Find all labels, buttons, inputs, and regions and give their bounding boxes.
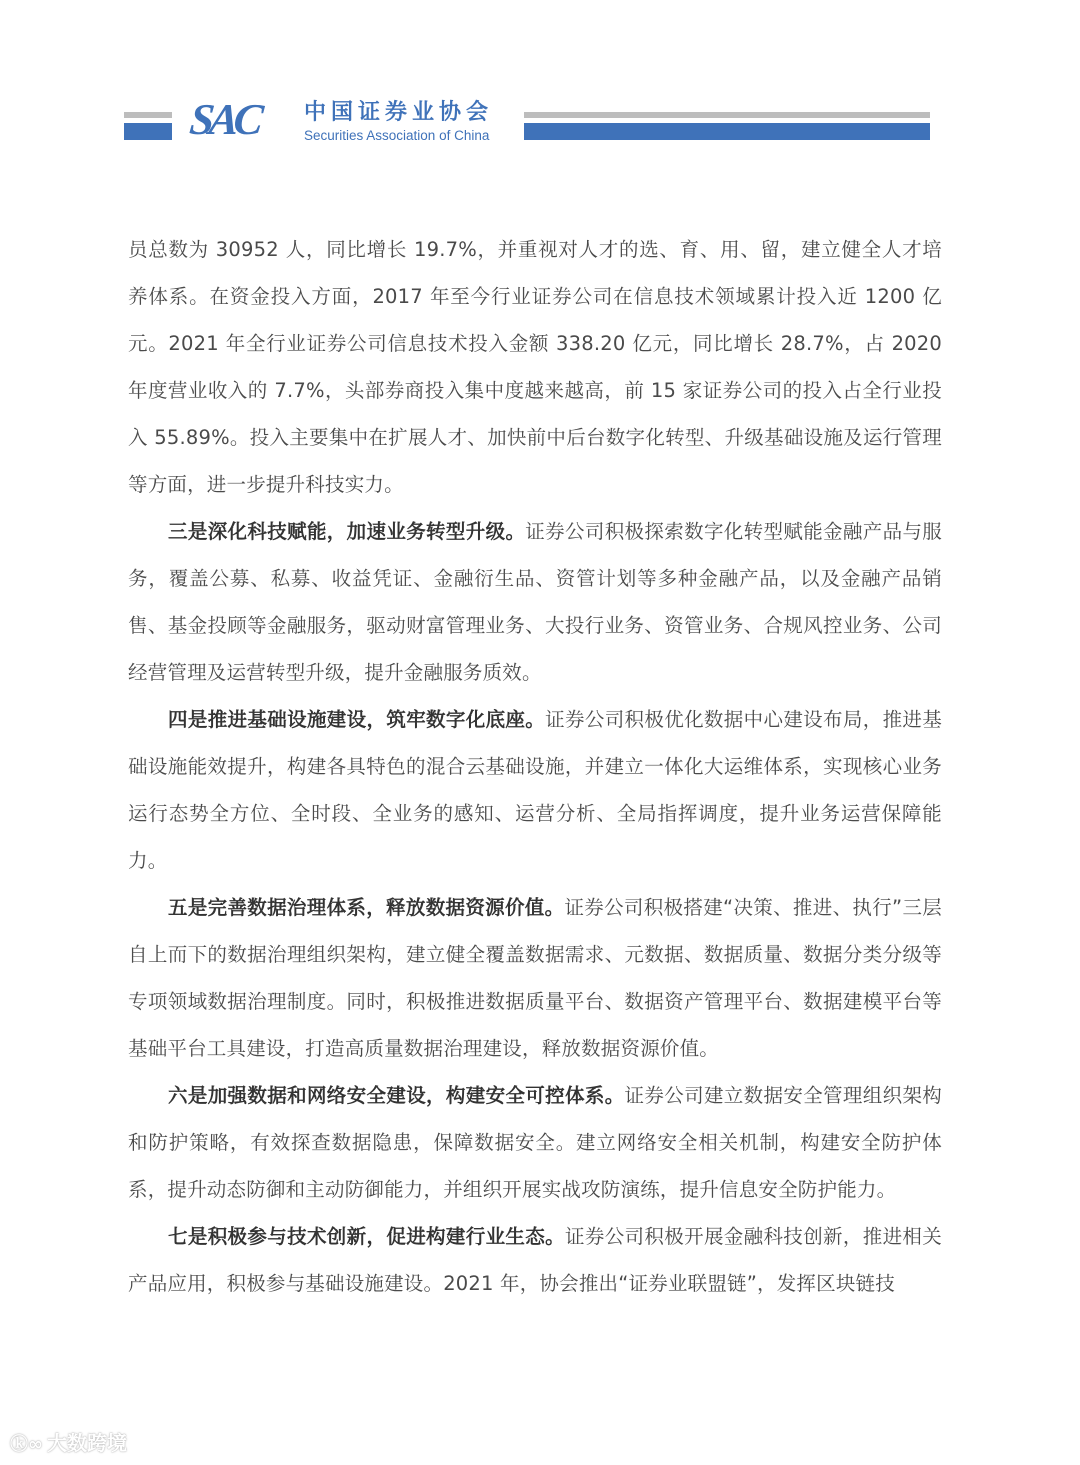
header-bar-gray-right xyxy=(524,112,930,118)
paragraph-text: 证券公司积极探索数字化转型赋能金融产品与服务，覆盖公募、私募、收益凭证、金融衍生… xyxy=(128,520,942,684)
paragraph-talent-investment: 员总数为 30952 人，同比增长 19.7%，并重视对人才的选、育、用、留，建… xyxy=(128,226,942,508)
paragraph-point-7: 七是积极参与技术创新，促进构建行业生态。证券公司积极开展金融科技创新，推进相关产… xyxy=(128,1213,942,1307)
k100-logo-icon: ⓚ∞ xyxy=(10,1434,43,1455)
paragraph-text: 证券公司积极搭建“决策、推进、执行”三层自上而下的数据治理组织架构，建立健全覆盖… xyxy=(128,896,942,1060)
paragraph-text: 员总数为 30952 人，同比增长 19.7%，并重视对人才的选、育、用、留，建… xyxy=(128,238,942,496)
paragraph-point-3: 三是深化科技赋能，加速业务转型升级。证券公司积极探索数字化转型赋能金融产品与服务… xyxy=(128,508,942,696)
paragraph-point-5: 五是完善数据治理体系，释放数据资源价值。证券公司积极搭建“决策、推进、执行”三层… xyxy=(128,884,942,1072)
org-name-en: Securities Association of China xyxy=(304,128,489,144)
paragraph-lead: 四是推进基础设施建设，筑牢数字化底座。 xyxy=(168,708,545,731)
paragraph-lead: 三是深化科技赋能，加速业务转型升级。 xyxy=(168,520,525,543)
paragraph-lead: 七是积极参与技术创新，促进构建行业生态。 xyxy=(168,1225,565,1248)
paragraph-lead: 五是完善数据治理体系，释放数据资源价值。 xyxy=(168,896,564,919)
header-bar-blue-left xyxy=(124,123,172,140)
org-name-cn: 中国证券业协会 xyxy=(304,100,493,126)
header-bar-blue-right xyxy=(524,123,930,140)
page-header: SAC 中国证券业协会 Securities Association of Ch… xyxy=(0,0,1080,160)
paragraph-text: 证券公司积极优化数据中心建设布局，推进基础设施能效提升，构建各具特色的混合云基础… xyxy=(128,708,942,872)
watermark-text: 大数跨境 xyxy=(47,1431,127,1455)
paragraph-point-4: 四是推进基础设施建设，筑牢数字化底座。证券公司积极优化数据中心建设布局，推进基础… xyxy=(128,696,942,884)
header-bar-gray-left xyxy=(124,112,172,118)
paragraph-lead: 六是加强数据和网络安全建设，构建安全可控体系。 xyxy=(168,1084,625,1107)
watermark: ⓚ∞大数跨境 xyxy=(10,1430,127,1458)
paragraph-point-6: 六是加强数据和网络安全建设，构建安全可控体系。证券公司建立数据安全管理组织架构和… xyxy=(128,1072,942,1213)
document-body: 员总数为 30952 人，同比增长 19.7%，并重视对人才的选、育、用、留，建… xyxy=(128,226,942,1307)
sac-logo-mark: SAC xyxy=(187,96,260,144)
